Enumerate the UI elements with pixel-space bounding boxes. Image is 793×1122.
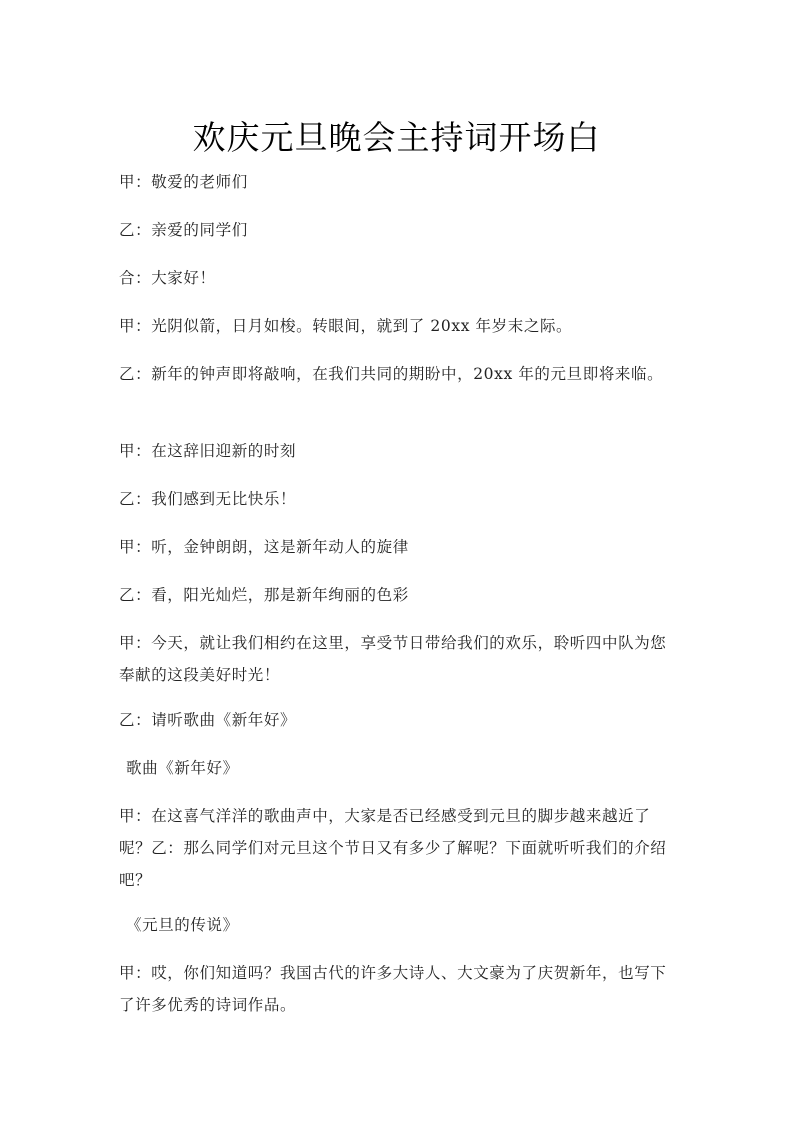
section-heading: 《元旦的传说》 [126, 909, 686, 941]
paragraph: 乙：我们感到无比快乐！ [119, 483, 679, 515]
paragraph: 甲：哎，你们知道吗？我国古代的许多大诗人、大文豪为了庆贺新年，也写下了许多优秀的… [119, 957, 679, 1021]
paragraph: 甲：今天，就让我们相约在这里，享受节日带给我们的欢乐，聆听四中队为您奉献的这段美… [119, 627, 679, 691]
document-page: 欢庆元旦晚会主持词开场白 甲：敬爱的老师们 乙：亲爱的同学们 合：大家好！ 甲：… [0, 0, 793, 1122]
song-heading: 歌曲《新年好》 [126, 752, 686, 784]
paragraph: 乙：看，阳光灿烂，那是新年绚丽的色彩 [119, 579, 679, 611]
paragraph: 乙：请听歌曲《新年好》 [119, 704, 679, 736]
paragraph: 甲：听，金钟朗朗，这是新年动人的旋律 [119, 531, 679, 563]
paragraph: 乙：新年的钟声即将敲响，在我们共同的期盼中，20xx 年的元旦即将来临。 [119, 358, 679, 390]
paragraph: 甲：在这喜气洋洋的歌曲声中，大家是否已经感受到元旦的脚步越来越近了呢？乙：那么同… [119, 800, 679, 896]
paragraph: 合：大家好！ [119, 262, 679, 294]
document-title: 欢庆元旦晚会主持词开场白 [0, 116, 793, 160]
paragraph: 甲：光阴似箭，日月如梭。转眼间，就到了 20xx 年岁末之际。 [119, 310, 679, 342]
paragraph: 甲：敬爱的老师们 [119, 166, 679, 198]
paragraph: 乙：亲爱的同学们 [119, 214, 679, 246]
paragraph: 甲：在这辞旧迎新的时刻 [119, 435, 679, 467]
